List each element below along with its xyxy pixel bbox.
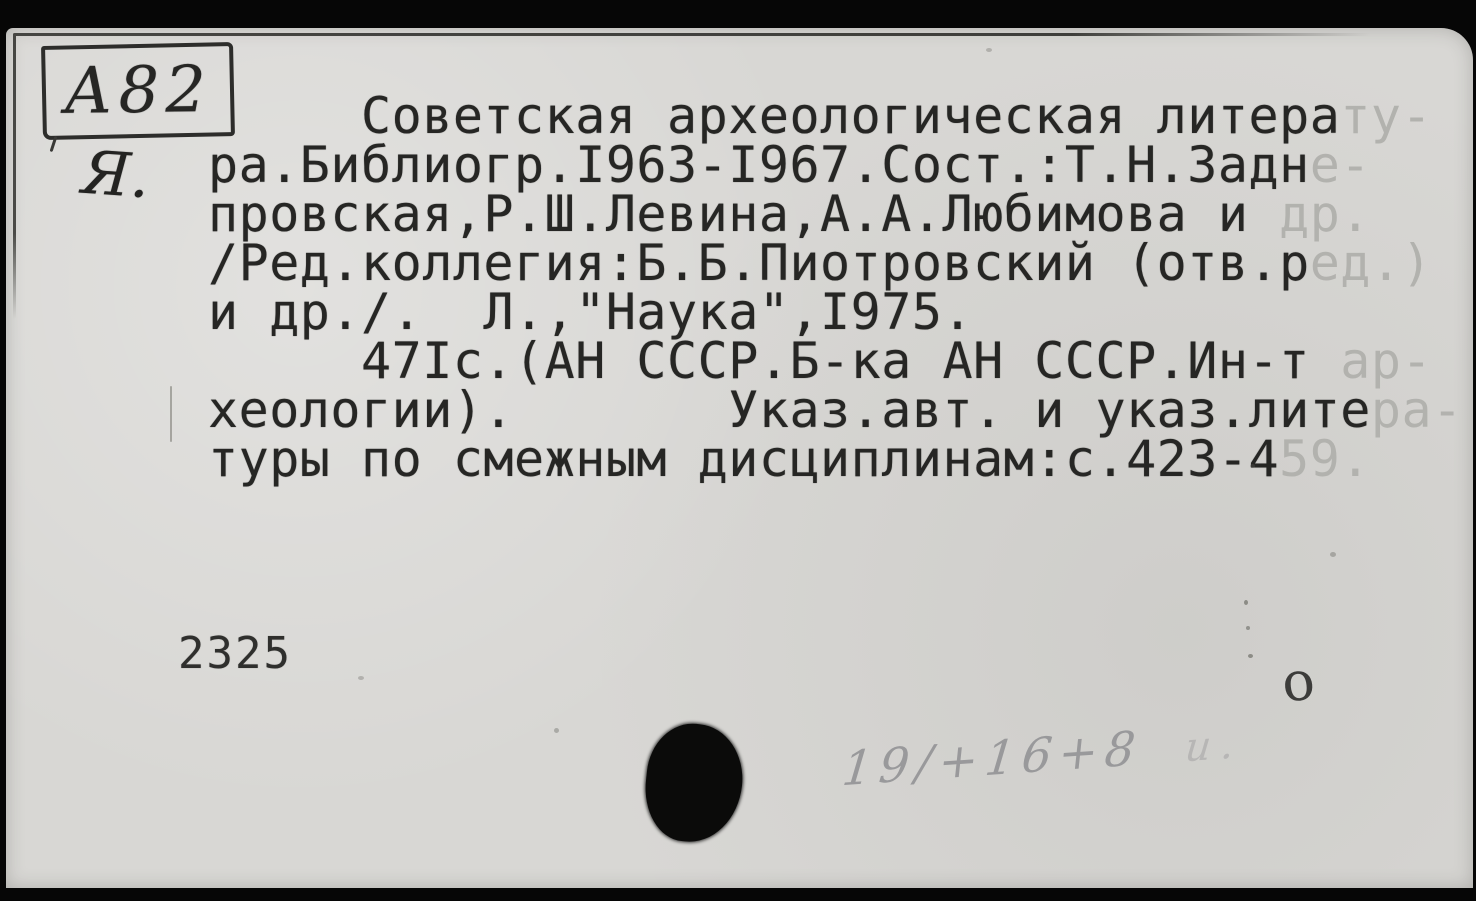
paper-speck [1246,626,1250,630]
bibliography-line-faded-text: ед.) [1310,234,1432,292]
paper-speck [1244,600,1248,605]
bibliography-line: провская,Р.Ш.Левина,А.А.Любимова и др. [208,190,1474,239]
pencil-note-tail: и. [1183,721,1246,772]
bibliography-line: хеологии). Указ.авт. и указ.литера- [208,386,1474,435]
bibliography-line: туры по смежным дисциплинам:с.423-459. [208,435,1474,484]
stray-pencil-line [170,386,172,442]
hole-punch-mark [640,719,748,846]
bibliography-line: ра.Библиогр.I963-I967.Сост.:Т.Н.Задне- [208,141,1474,190]
bibliography-line: Советская археологическая литерату- [208,92,1474,141]
pencil-note: 19/+16+8 и. [840,714,1247,798]
bibliography-line: 47Iс.(АН СССР.Б-ка АН СССР.Ин-т ар- [208,337,1474,386]
shelf-mark: Я. [80,138,152,213]
bibliography-line-faded-text: 59. [1279,430,1371,488]
paper-speck [1248,654,1253,658]
paper-speck [986,48,992,52]
catalog-card: А82 Я. Советская археологическая литерат… [6,28,1473,888]
call-number: А82 [64,53,213,129]
bibliography-line-text: туры по смежным дисциплинам:с.423-4 [208,430,1279,488]
bibliography-line: и др./. Л.,"Наука",I975. [208,288,1474,337]
handwritten-o-mark: о [1279,648,1318,714]
paper-speck [1250,464,1255,468]
paper-speck [1330,552,1336,557]
paper-speck [554,728,559,733]
bibliography-line-faded-text: ра- [1371,381,1463,439]
scanned-catalog-card-image: А82 Я. Советская археологическая литерат… [0,0,1476,901]
paper-speck [358,676,364,680]
bibliography-text: Советская археологическая литерату-ра.Би… [208,92,1474,484]
card-number: 2325 [178,628,292,679]
bibliography-line: /Ред.коллегия:Б.Б.Пиотровский (отв.ред.) [208,239,1474,288]
card-left-rule [13,33,16,319]
card-top-rule [14,33,1370,36]
call-number-box: А82 [41,42,235,140]
pencil-note-text: 19/+16+8 [840,721,1145,797]
